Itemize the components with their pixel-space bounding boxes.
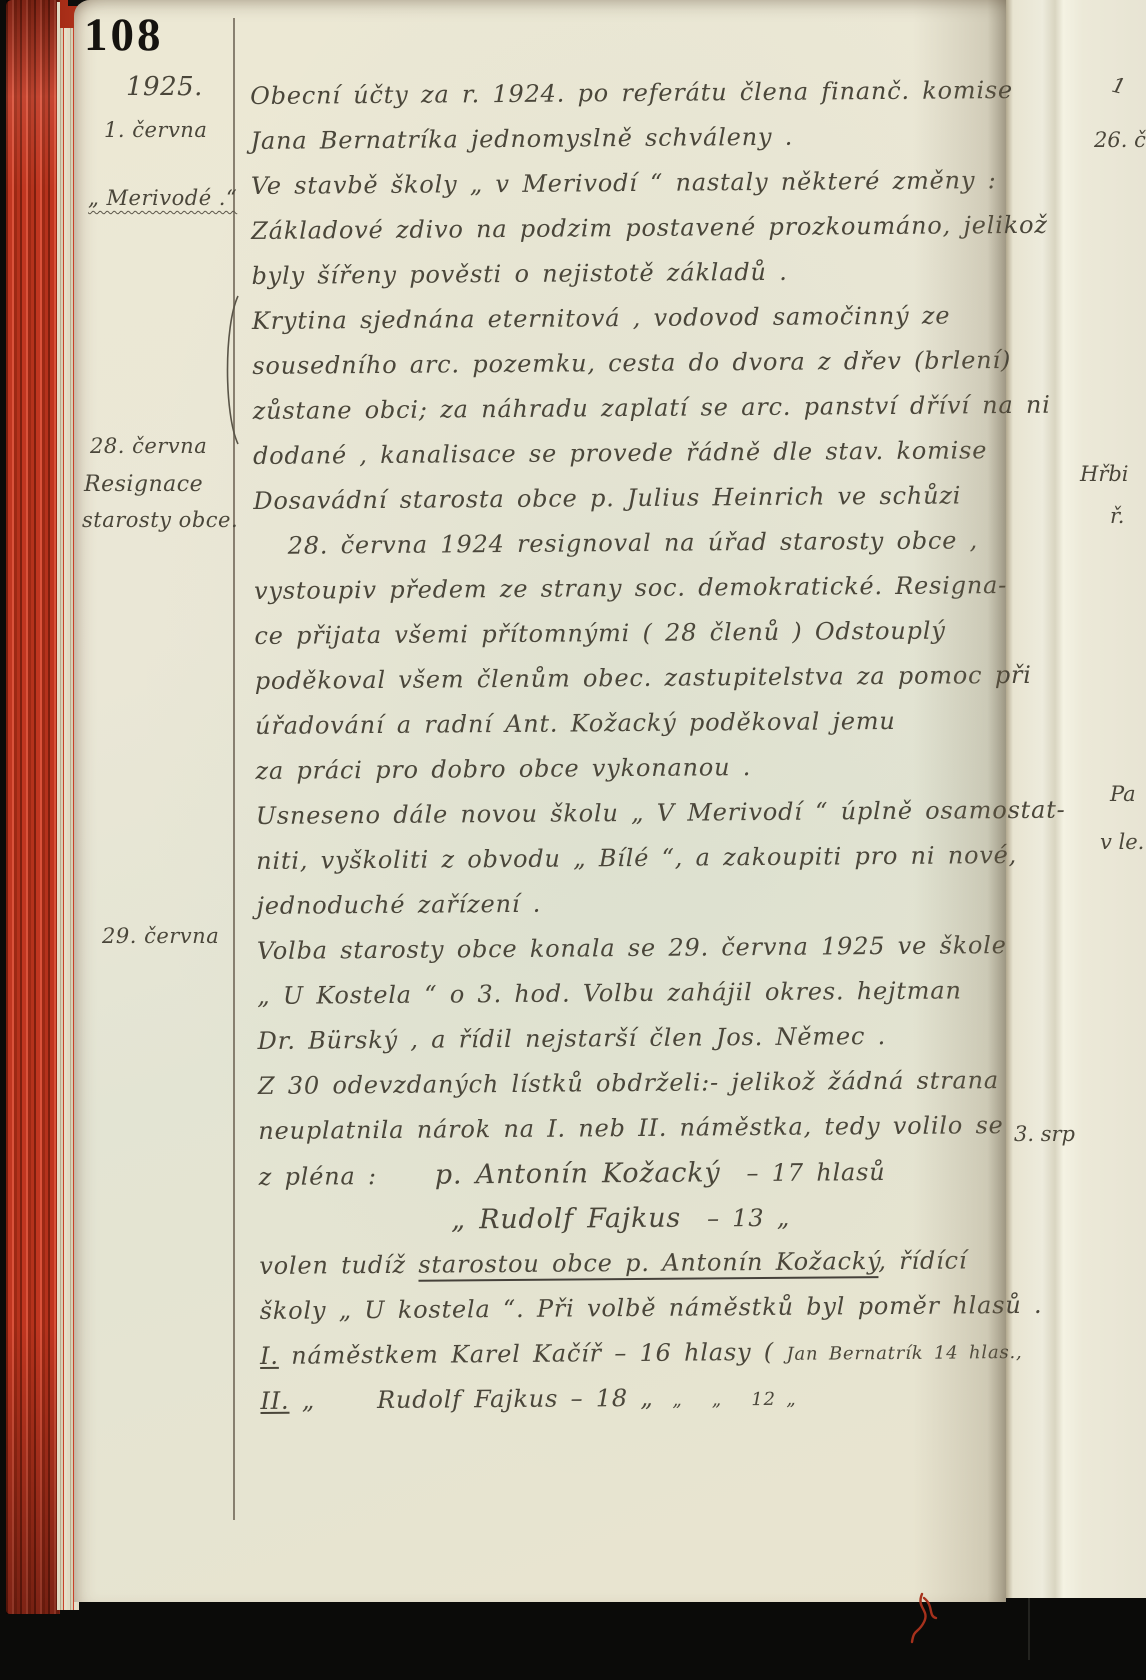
manuscript-line: poděkoval všem členům obec. zastupitelst… xyxy=(255,653,1015,704)
margin-note: Resignace xyxy=(84,472,203,497)
facing-fragment: 26. č xyxy=(1094,128,1146,152)
deputy-result-line: II. „ Rudolf Fajkus – 18 „ „ „ 12 „ xyxy=(260,1373,1020,1424)
manuscript-line: zůstane obci; za náhradu zaplatí se arc.… xyxy=(252,383,1012,434)
margin-place-note: „ Merivodé .“ xyxy=(88,186,237,210)
manuscript-line: školy „ U kostela “. Při volbě náměstků … xyxy=(260,1283,1020,1334)
manuscript-line: niti, vyškoliti z obvodu „ Bílé “, a zak… xyxy=(256,833,1016,884)
elected-name-underlined: starostou obce p. Antonín Kožacký xyxy=(418,1247,878,1282)
facing-fragment: 3. srp xyxy=(1014,1122,1075,1146)
roman-numeral: II. xyxy=(260,1387,289,1415)
vote-result-line: z pléna :p. Antonín Kožacký– 17 hlasů xyxy=(258,1148,1018,1199)
facing-fragment: Hřbi xyxy=(1080,462,1129,486)
facing-fragment: Pa xyxy=(1110,782,1136,806)
deputy-tail-note: Jan Bernatrík 14 hlas., xyxy=(786,1342,1022,1365)
margin-date: 29. června xyxy=(102,924,219,948)
outcome-suffix: , řídící xyxy=(878,1246,967,1275)
manuscript-line: sousedního arc. pozemku, cesta do dvora … xyxy=(252,338,1012,389)
manuscript-line: Z 30 odevzdaných lístků obdrželi:- jelik… xyxy=(258,1058,1018,1109)
margin-year: 1925. xyxy=(126,72,203,102)
manuscript-line: Jana Bernatríka jednomyslně schváleny . xyxy=(250,113,1010,164)
manuscript-line: vystoupiv předem ze strany soc. demokrat… xyxy=(254,563,1014,614)
chronicle-page: 108 1925. 1. června „ Merivodé .“ 28. če… xyxy=(74,0,1006,1602)
margin-note: starosty obce. xyxy=(82,508,238,532)
deputy-tail-note: „ „ 12 „ xyxy=(654,1389,797,1411)
vote-result-line: „ Rudolf Fajkus– 13 „ xyxy=(259,1193,1019,1244)
manuscript-line: Usneseno dále novou školu „ V Merivodí “… xyxy=(256,788,1016,839)
red-thread-mark xyxy=(878,1588,958,1658)
margin-date: 28. června xyxy=(90,434,207,458)
page-number: 108 xyxy=(84,8,164,62)
manuscript-line: Ve stavbě školy „ v Merivodí “ nastaly n… xyxy=(251,158,1011,209)
manuscript-line: byly šířeny pověsti o nejistotě základů … xyxy=(251,248,1011,299)
manuscript-line: úřadování a radní Ant. Kožacký poděkoval… xyxy=(255,698,1015,749)
manuscript-line: dodané , kanalisace se provede řádně dle… xyxy=(253,428,1013,479)
vote-tally: – 17 hlasů xyxy=(746,1158,885,1187)
vote-candidate-name: p. Antonín Kožacký xyxy=(435,1157,721,1190)
manuscript-line: za práci pro dobro obce vykonanou . xyxy=(255,743,1015,794)
manuscript-line: „ U Kostela “ o 3. hod. Volbu zahájil ok… xyxy=(257,968,1017,1019)
roman-numeral: I. xyxy=(260,1342,279,1370)
election-outcome-line: volen tudíž starostou obce p. Antonín Ko… xyxy=(259,1238,1019,1289)
facing-fragment: ř. xyxy=(1110,504,1124,528)
manuscript-line: jednoduché zařízení . xyxy=(256,878,1016,929)
facing-fragment: v le. xyxy=(1100,830,1144,854)
vote-tally: – 13 „ xyxy=(707,1204,790,1233)
manuscript-body: Obecní účty za r. 1924. po referátu člen… xyxy=(250,68,1021,1424)
deputy-text: náměstkem Karel Kačíř – 16 hlasy ( xyxy=(279,1338,787,1370)
manuscript-line: Základové zdivo na podzim postavené proz… xyxy=(251,203,1011,254)
manuscript-line: Dosavádní starosta obce p. Julius Heinri… xyxy=(253,473,1013,524)
manuscript-line: 28. června 1924 resignoval na úřad staro… xyxy=(254,518,1014,569)
margin-brace-mark xyxy=(222,294,242,446)
gutter-crease xyxy=(1028,1598,1030,1660)
margin-date: 1. června xyxy=(104,118,207,142)
column-rule xyxy=(233,18,235,1520)
manuscript-line: neuplatnila nárok na I. neb II. náměstka… xyxy=(258,1103,1018,1154)
manuscript-line: ce přijata všemi přítomnými ( 28 členů )… xyxy=(254,608,1014,659)
deputy-text: „ Rudolf Fajkus – 18 „ xyxy=(289,1384,653,1415)
manuscript-line: Obecní účty za r. 1924. po referátu člen… xyxy=(250,68,1010,119)
vote-candidate-name: „ Rudolf Fajkus xyxy=(451,1203,681,1236)
manuscript-line: Krytina sjednána eternitová , vodovod sa… xyxy=(252,293,1012,344)
facing-fragment: 1 xyxy=(1109,73,1128,100)
deputy-result-line: I. náměstkem Karel Kačíř – 16 hlasy ( Ja… xyxy=(260,1328,1020,1379)
vote-label: z pléna : xyxy=(259,1162,377,1191)
outcome-prefix: volen tudíž xyxy=(259,1251,418,1280)
manuscript-line: Volba starosty obce konala se 29. června… xyxy=(257,923,1017,974)
manuscript-line: Dr. Bürský , a řídil nejstarší člen Jos.… xyxy=(257,1013,1017,1064)
book-cover-red-edge xyxy=(6,0,60,1614)
